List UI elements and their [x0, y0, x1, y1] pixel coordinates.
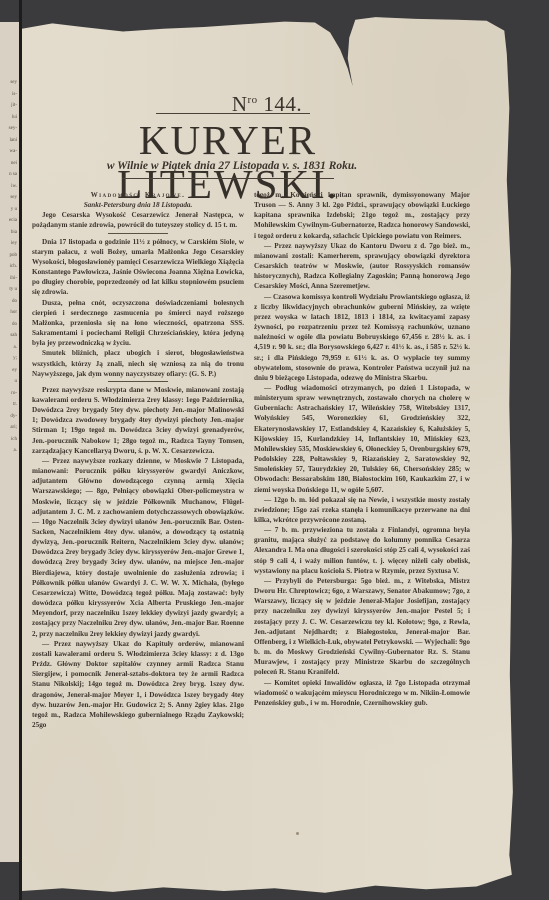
- adjacent-page-text-fragment: dy-: [1, 414, 17, 420]
- article-paragraph: — Komitet opieki Inwalidów ogłasza, iż 7…: [254, 678, 470, 708]
- separator-rule: [108, 233, 168, 234]
- ink-speck: [296, 832, 299, 835]
- adjacent-page-text-fragment: ari;: [1, 425, 17, 431]
- adjacent-page-text-fragment: a.: [1, 345, 17, 351]
- adjacent-page-text-fragment: pob: [1, 253, 17, 259]
- article-paragraph: Dnia 17 listopada o godzinie 11½ z półno…: [32, 237, 244, 298]
- binding-gutter-line: [19, 0, 22, 900]
- adjacent-page-text-fragment: ey: [1, 368, 17, 374]
- adjacent-page-text-fragment: nei: [1, 161, 17, 167]
- adjacent-page-text-fragment: do: [1, 299, 17, 305]
- article-paragraph: — Przybyli do Petersburga: 5go bież. m.,…: [254, 576, 470, 678]
- newspaper-page: Nro 144. KURYER LITEWSKI. w Wilnie w Pią…: [22, 0, 527, 900]
- masthead-rule-top: [156, 113, 310, 114]
- adjacent-page-text-fragment: sah: [1, 333, 17, 339]
- adjacent-page-text-fragment: ro-: [1, 391, 17, 397]
- adjacent-page-text-fragment: n sa: [1, 172, 17, 178]
- adjacent-page-text-fragment: sey-: [1, 126, 17, 132]
- article-paragraph: — 7 b. m. przywieziona tu została z Finl…: [254, 525, 470, 576]
- adjacent-page-text-fragment: bia: [1, 230, 17, 236]
- dateline-subhead: Sankt-Petersburg dnia 18 Listopada.: [32, 200, 244, 210]
- masthead-rule-bottom: [122, 178, 334, 179]
- adjacent-page-text-fragment: ihi-: [1, 276, 17, 282]
- adjacent-page-text-fragment: ty u: [1, 287, 17, 293]
- right-column: tegoż m., Kowieński kapitan sprawnik, dy…: [254, 190, 470, 708]
- article-paragraph: — Przez naywyższy Ukaz do Kantoru Dworu …: [254, 241, 470, 292]
- adjacent-page-text-fragment: ich: [1, 437, 17, 443]
- article-paragraph: — Przez naywyższy Ukaz do Kapituły order…: [32, 639, 244, 730]
- adjacent-page-text-fragment: iey: [1, 241, 17, 247]
- section-heading: Wiadomości Krajowe.: [32, 190, 244, 200]
- adjacent-page-text-fragment: ich.: [1, 264, 17, 270]
- adjacent-page-text-fragment: y;: [1, 356, 17, 362]
- article-paragraph: tegoż m., Kowieński kapitan sprawnik, dy…: [254, 190, 470, 241]
- adjacent-page-text-fragment: ecia: [1, 218, 17, 224]
- article-paragraph: — Podług wiadomości otrzymanych, po dzie…: [254, 383, 470, 495]
- article-paragraph: — Czasowa komissya kontroli Wydziału Pro…: [254, 292, 470, 383]
- adjacent-page-text-fragment: is-: [1, 92, 17, 98]
- article-paragraph: Smutek bliźnich, płacz ubogich i sierot,…: [32, 348, 244, 378]
- adjacent-page-text-fragment: sey: [1, 195, 17, 201]
- adjacent-page-text-fragment: do: [1, 322, 17, 328]
- adjacent-page-text-fragment: jit-: [1, 103, 17, 109]
- adjacent-page-text-fragment: lui: [1, 115, 17, 121]
- adjacent-page-text-fragment: wa-: [1, 149, 17, 155]
- article-paragraph: — 12go b. m. lód pokazał się na Newie, i…: [254, 495, 470, 525]
- separator-rule: [108, 381, 168, 382]
- article-paragraph: Przez naywyższe reskrypta dane w Moskwie…: [32, 385, 244, 456]
- article-paragraph: Jego Cesarska Wysokość Cesarzewicz Jener…: [32, 210, 244, 230]
- adjacent-page-text-fragment: y u: [1, 207, 17, 213]
- left-column: Wiadomości Krajowe. Sankt-Petersburg dni…: [32, 190, 244, 730]
- adjacent-page-text-fragment: hor: [1, 310, 17, 316]
- adjacent-page-edge: seyis-jit-luisey-laniwa-nein saiw.seyy u…: [0, 22, 19, 862]
- dateline: w Wilnie w Piątek dnia 27 Listopada v. s…: [42, 160, 422, 172]
- adjacent-page-text-fragment: tr.: [1, 402, 17, 408]
- article-paragraph: Dusza, pełna cnót, oczyszczona doświadcz…: [32, 298, 244, 349]
- adjacent-page-text-fragment: iw.: [1, 184, 17, 190]
- adjacent-page-text-fragment: sey: [1, 80, 17, 86]
- adjacent-page-text-fragment: a.: [1, 448, 17, 454]
- adjacent-page-text-fragment: u: [1, 379, 17, 385]
- article-paragraph: — Przez naywyższe rozkazy dzienne, w Mos…: [32, 456, 244, 639]
- adjacent-page-text-fragment: lani: [1, 138, 17, 144]
